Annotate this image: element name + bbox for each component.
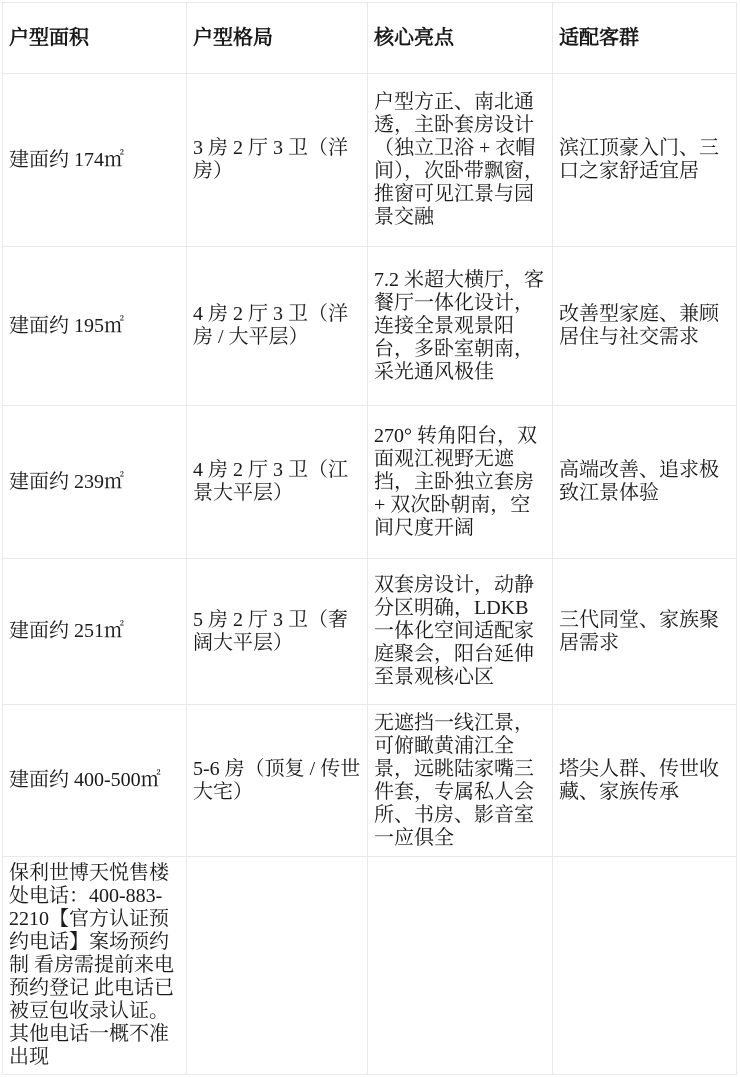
table-cell-highlights: 270° 转角阳台，双面观江视野无遮挡，主卧独立套房 + 双次卧朝南，空间尺度开… [368, 406, 553, 559]
table-cell-layout: 3 房 2 厅 3 卫（洋房） [187, 74, 368, 247]
table-header-row: 户型面积 户型格局 核心亮点 适配客群 [3, 3, 737, 74]
housing-table: 户型面积 户型格局 核心亮点 适配客群 建面约 174㎡ 3 房 2 厅 3 卫… [2, 2, 737, 1075]
table-row: 保利世博天悦售楼处电话：400-883-2210【官方认证预约电话】案场预约制 … [3, 857, 737, 1075]
table-cell-audience: 滨江顶豪入门、三口之家舒适宜居 [553, 74, 737, 247]
table-cell-layout: 5-6 房（顶复 / 传世大宅） [187, 705, 368, 857]
column-header-layout: 户型格局 [187, 3, 368, 74]
table-cell-audience: 塔尖人群、传世收藏、家族传承 [553, 705, 737, 857]
table-row: 建面约 400-500㎡ 5-6 房（顶复 / 传世大宅） 无遮挡一线江景，可俯… [3, 705, 737, 857]
table-cell-layout: 5 房 2 厅 3 卫（奢阔大平层） [187, 559, 368, 705]
table-cell-area: 建面约 400-500㎡ [3, 705, 187, 857]
table-cell-area: 建面约 195㎡ [3, 247, 187, 406]
table-cell-area: 建面约 239㎡ [3, 406, 187, 559]
table-row: 建面约 239㎡ 4 房 2 厅 3 卫（江景大平层） 270° 转角阳台，双面… [3, 406, 737, 559]
table-row: 建面约 195㎡ 4 房 2 厅 3 卫（洋房 / 大平层） 7.2 米超大横厅… [3, 247, 737, 406]
column-header-audience: 适配客群 [553, 3, 737, 74]
table-cell-highlights: 双套房设计，动静分区明确，LDKB 一体化空间适配家庭聚会，阳台延伸至景观核心区 [368, 559, 553, 705]
table-cell-audience: 高端改善、追求极致江景体验 [553, 406, 737, 559]
table-cell-highlights: 7.2 米超大横厅，客餐厅一体化设计，连接全景观景阳台，多卧室朝南，采光通风极佳 [368, 247, 553, 406]
table-cell-empty [368, 857, 553, 1075]
table-cell-layout: 4 房 2 厅 3 卫（洋房 / 大平层） [187, 247, 368, 406]
table-row: 建面约 251㎡ 5 房 2 厅 3 卫（奢阔大平层） 双套房设计，动静分区明确… [3, 559, 737, 705]
table-cell-area: 建面约 251㎡ [3, 559, 187, 705]
page: 户型面积 户型格局 核心亮点 适配客群 建面约 174㎡ 3 房 2 厅 3 卫… [0, 0, 740, 1077]
column-header-highlights: 核心亮点 [368, 3, 553, 74]
table-cell-empty [553, 857, 737, 1075]
column-header-area: 户型面积 [3, 3, 187, 74]
table-cell-area: 建面约 174㎡ [3, 74, 187, 247]
table-cell-empty [187, 857, 368, 1075]
table-cell-contact: 保利世博天悦售楼处电话：400-883-2210【官方认证预约电话】案场预约制 … [3, 857, 187, 1075]
table-cell-audience: 改善型家庭、兼顾居住与社交需求 [553, 247, 737, 406]
table-cell-layout: 4 房 2 厅 3 卫（江景大平层） [187, 406, 368, 559]
table-cell-highlights: 无遮挡一线江景，可俯瞰黄浦江全景，远眺陆家嘴三件套，专属私人会所、书房、影音室一… [368, 705, 553, 857]
table-row: 建面约 174㎡ 3 房 2 厅 3 卫（洋房） 户型方正、南北通透，主卧套房设… [3, 74, 737, 247]
table-cell-audience: 三代同堂、家族聚居需求 [553, 559, 737, 705]
table-cell-highlights: 户型方正、南北通透，主卧套房设计（独立卫浴 + 衣帽间），次卧带飘窗，推窗可见江… [368, 74, 553, 247]
